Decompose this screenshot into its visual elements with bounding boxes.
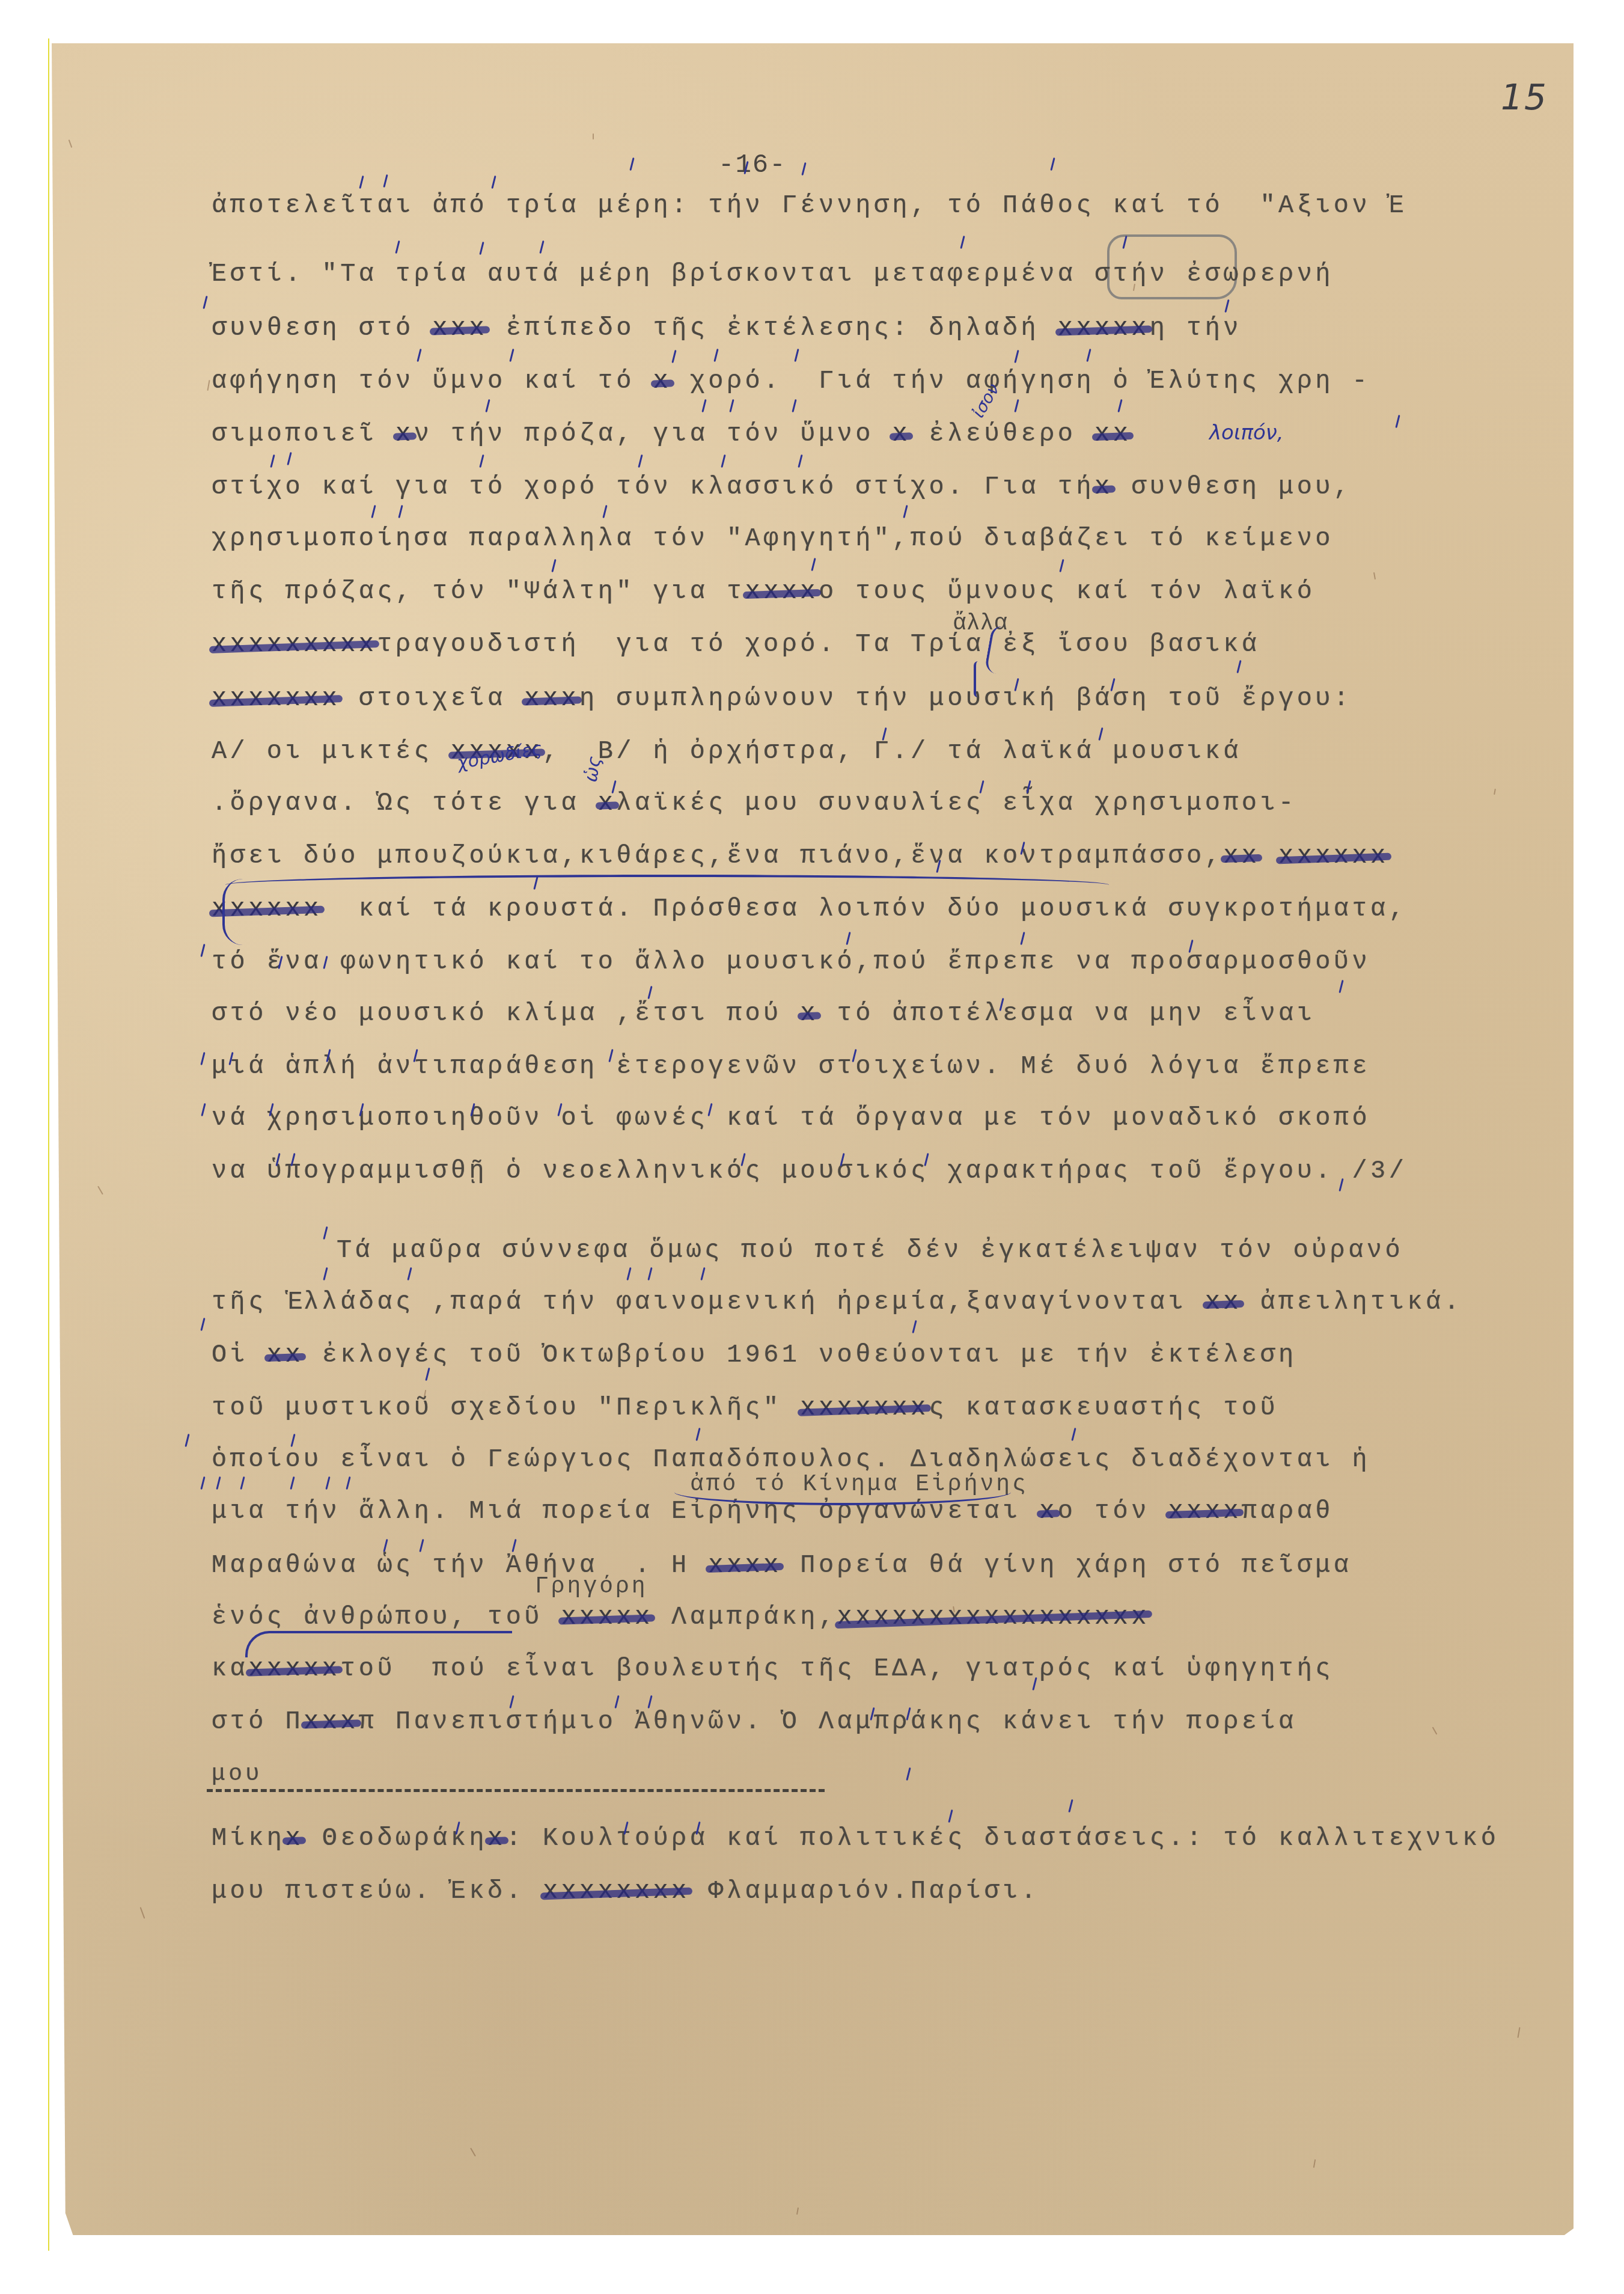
paper-fiber <box>1432 1727 1438 1734</box>
typed-line: αφήγηση τόν ὕμνο καί τό x χορό. Γιά τήν … <box>212 367 1370 396</box>
pen-insertion-curve-vouleftis <box>245 1631 512 1657</box>
struck-out-text: xxx <box>524 684 579 713</box>
typed-line: τό ἕνα φωνητικό καί το ἄλλο μουσικό,πού … <box>212 947 1370 976</box>
typed-line: ὁποίου εἶναι ὁ Γεώργιος Παπαδόπουλος. Δι… <box>212 1445 1370 1474</box>
paper-fiber <box>593 133 594 139</box>
struck-out-text: x <box>1039 1497 1058 1526</box>
typed-line: καxxxxxτοῦ πού εἶναι βουλευτής τῆς ΕΔΑ, … <box>212 1654 1334 1683</box>
paper-fiber <box>140 1907 145 1918</box>
typed-line: Ἐστί. "Τα τρία αυτά μέρη βρίσκονται μετα… <box>212 260 1334 289</box>
typed-insertion-grigori: Γρηγόρη <box>535 1574 648 1600</box>
scanner-edge-line <box>48 38 49 2251</box>
footnote-separator <box>207 1789 825 1792</box>
struck-out-text: xxxxx <box>561 1603 653 1632</box>
typed-line: Μαραθώνα ὡς τήν Ἀθήνα . Η xxxx Πορεία θά… <box>212 1551 1352 1580</box>
struck-out-text: xxxx <box>708 1551 781 1580</box>
handwritten-insertion-lipon: λοιπόν, <box>1209 421 1284 445</box>
struck-out-text: x <box>598 789 617 818</box>
struck-out-text: xx <box>1205 1288 1242 1317</box>
struck-out-text: x <box>285 1824 304 1853</box>
paper-fiber <box>470 2148 476 2157</box>
paper-fiber <box>1517 2027 1520 2038</box>
typed-line: Α/ οι μικτές xxxxx, Β/ ἡ ὀρχήστρα, Γ./ τ… <box>212 737 1242 766</box>
struck-out-text: xx <box>267 1341 304 1369</box>
typed-line: ἤσει δύο μπουζούκια,κιθάρες,ἕνα πιάνο,ἕν… <box>212 842 1389 870</box>
typed-page-number: -16- <box>718 150 787 180</box>
struck-out-text: xxxx <box>745 577 819 606</box>
typed-line: ἀποτελεῖται ἀπό τρία μέρη: τήν Γέννηση, … <box>212 191 1407 220</box>
typed-line: τοῦ μυστικοῦ σχεδίου "Περικλῆς" xxxxxxxς… <box>212 1393 1278 1422</box>
paper-fiber <box>1313 2159 1316 2168</box>
paper-fiber <box>69 139 73 148</box>
struck-out-text: x <box>487 1824 506 1853</box>
typed-line: στό νέο μουσικό κλίμα ,ἔτσι πού x τό ἀπο… <box>212 999 1315 1028</box>
struck-out-text: xxxx <box>1168 1497 1241 1526</box>
typed-line: μιά ἁπλή ἀντιπαράθεση ἑτερογενῶν στοιχεί… <box>212 1052 1370 1081</box>
typed-line: Μίκηx Θεοδωράκηx: Κουλτούρα καί πολιτικέ… <box>212 1824 1499 1853</box>
typed-line: μου <box>212 1761 263 1787</box>
struck-out-text: x <box>395 420 414 448</box>
paper-fiber <box>207 380 210 391</box>
typed-line: xxxxxxx στοιχεῖα xxxη συμπληρώνουν τήν μ… <box>212 684 1352 713</box>
paper-fiber <box>97 1186 103 1195</box>
typed-line: σιμοποιεῖ xν τήν πρόζα, για τόν ὕμνο x ἐ… <box>212 420 1131 448</box>
struck-out-text: xxxxxxx <box>800 1393 929 1422</box>
typed-line: τῆς Ἑλλάδας ,παρά τήν φαινομενική ἠρεμία… <box>212 1288 1462 1317</box>
typed-line: Οἱ xx ἐκλογές τοῦ Ὀκτωβρίου 1961 νοθεύον… <box>212 1341 1297 1369</box>
struck-out-text: x <box>1094 473 1113 501</box>
typed-line: χρησιμοποίησα παραλληλα τόν "Αφηγητή",πο… <box>212 524 1334 553</box>
struck-out-text: xxxxxxxxx <box>212 630 377 659</box>
pen-bracket-ex-isou <box>974 661 982 697</box>
pen-transposition-curve <box>225 875 1109 895</box>
typed-line: μου πιστεύω. Ἐκδ. xxxxxxxx Φλαμμαριόν.Πα… <box>212 1877 1039 1906</box>
struck-out-text: x <box>800 999 819 1028</box>
typed-line: συνθεση στό xxx ἐπίπεδο τῆς ἐκτέλεσης: δ… <box>212 314 1242 343</box>
struck-out-text: xxxxxx <box>1278 842 1389 870</box>
struck-out-text: xxxxx <box>248 1654 340 1683</box>
typed-line: στίχο καί για τό χορό τόν κλασσικό στίχο… <box>212 473 1352 501</box>
struck-out-text: xxxxxxx <box>212 684 340 713</box>
struck-out-text: xxxxxxxx <box>543 1877 690 1906</box>
typed-line: ἑνός ἀνθρώπου, τοῦ xxxxx Λαμπράκη,xxxxxx… <box>212 1603 1150 1632</box>
archive-page-number: 15 <box>1501 77 1548 118</box>
struck-out-text: xxx <box>432 314 487 343</box>
pen-bracket-left <box>222 879 243 945</box>
struck-out-text: xxx <box>304 1707 359 1736</box>
typed-line: .ὄργανα. Ὡς τότε για xλαϊκές μου συναυλί… <box>212 789 1297 818</box>
struck-out-text: xx <box>1094 420 1131 448</box>
struck-out-text: xxxxxxxxxxxxxxxxx <box>837 1603 1150 1632</box>
paper-fiber <box>796 2207 799 2215</box>
struck-out-text: xxxxx <box>1058 314 1150 343</box>
typed-line: να ὑπογραμμισθῇ ὁ νεοελληνικός μουσικός … <box>212 1157 1407 1185</box>
typed-line: xxxxxx καί τά κρουστά. Πρόσθεσα λοιπόν δ… <box>212 895 1407 923</box>
paper-fiber <box>1494 789 1496 795</box>
typed-line: στό Πxxxπ Πανεπιστήμιο Ἀθηνῶν. Ὁ Λαμπράκ… <box>212 1707 1297 1736</box>
typed-line: Τά μαῦρα σύννεφα ὅμως πού ποτέ δέν ἐγκατ… <box>337 1236 1403 1265</box>
struck-out-text: xx <box>1223 842 1260 870</box>
paper-fiber <box>1373 572 1376 580</box>
pen-insertion-curve-kinima <box>674 1479 1011 1505</box>
typed-line: νά χρησιμοποιηθοῦν οἱ φωνές καί τά ὄργαν… <box>212 1104 1370 1133</box>
typed-line: τῆς πρόζας, τόν "Ψάλτη" για τxxxxο τους … <box>212 577 1315 606</box>
typed-line: xxxxxxxxxτραγουδιστή για τό χορό. Τα Τρί… <box>212 630 1260 659</box>
handwritten-insertion-os: ὡς <box>580 754 605 783</box>
struck-out-text: x <box>892 420 911 448</box>
struck-out-text: x <box>653 367 672 396</box>
